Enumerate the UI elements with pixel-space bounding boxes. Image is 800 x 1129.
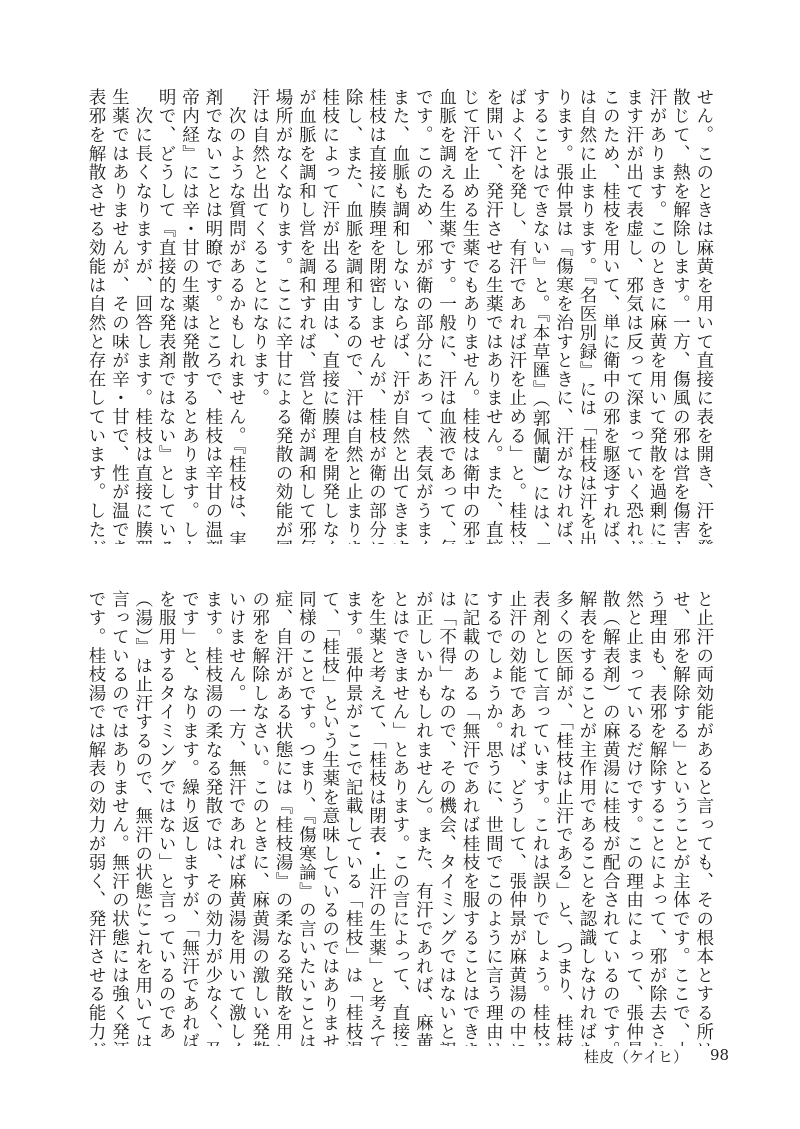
text-column: に記載のある「無汗であれば桂枝を服することはできません（原文 xyxy=(460,590,480,1046)
text-column: ばよく汗を発し、有汗であれば汗を止める」と。桂枝は直接に腠理 xyxy=(507,88,527,544)
lower-text-block: と止汗の両効能があると言っても、その根本とする所は「汗を出さ せ、邪を解除する」… xyxy=(86,590,714,1046)
text-column: このため、桂枝を用いて、単に衛中の邪を駆逐すれば、解熱して汗 xyxy=(600,88,620,544)
text-column: 言っているのではありません。無汗の状態には強く発汗させたいの xyxy=(109,590,129,1046)
text-column: 症、自汗がある状態には『桂枝湯』の柔なる発散を用いて、軽くそ xyxy=(273,590,293,1046)
text-column: 表剤として言っています。これは誤りでしょう。桂枝が直接に閉表・ xyxy=(530,590,550,1046)
text-column: 生薬ではありませんが、その味が辛・甘で、性が温であることから、 xyxy=(109,88,129,544)
text-column: ます。張仲景がここで記載している「桂枝」は「桂枝湯」のことであっ xyxy=(343,590,363,1046)
text-column: 除し、また、血脈を調和するので、汗は自然と止まります。一方、 xyxy=(343,88,363,544)
text-column: 汗は自然と出てくることになります。 xyxy=(250,88,270,544)
page-footer: 桂皮（ケイヒ） 98 xyxy=(584,1046,729,1067)
text-column: 同様のことです。つまり、『傷寒論』の言いたいことは『傷寒で表 xyxy=(296,590,316,1046)
text-column: 表邪を解散させる効能は自然と存在しています。したがって、発汗 xyxy=(86,88,106,544)
text-column: ます汗が出て表虚し、邪気は反って深まっていく恐れがあります。 xyxy=(624,88,644,544)
text-column: 汗があります。このときに麻黄を用いて発散を過剰にすると、ます xyxy=(647,88,667,544)
text-column: せん。このときは麻黄を用いて直接に表を開き、汗を発して、邪を xyxy=(694,88,714,544)
text-column: の邪を解除しなさい。このときに、麻黄湯の激しい発散を用いては xyxy=(250,590,270,1046)
text-column: いけません。一方、無汗であれば麻黄湯を用いて激しく発散をさせ xyxy=(226,590,246,1046)
text-column: することはできない』と。『本草匯』（郭佩蘭）には、「無汗であれ xyxy=(530,88,550,544)
text-column: 血脈を調える生薬です。一般に、汗は血液であって、気に従うもの xyxy=(437,88,457,544)
text-column: 次に長くなりますが、回答します。桂枝は直接に腠理を開発する xyxy=(133,88,153,544)
text-column: 散（解表剤）の麻黄湯に桂枝が配合されているのです。この桂枝は xyxy=(600,590,620,1046)
text-column: う理由も、表邪を解除することによって、邪が除去されて、汗が自 xyxy=(647,590,667,1046)
text-column: 桂枝によって汗が出る理由は、直接に腠理を開発しなくとも、桂枝 xyxy=(320,88,340,544)
text-column: です」と、なります。繰り返しますが、「無汗であれば、『桂枝（湯）』 xyxy=(180,590,200,1046)
text-column: せ、邪を解除する」ということが主体です。ここで、止汗するとい xyxy=(670,590,690,1046)
text-column: を開いて、発汗させる生薬ではありません。また、直接に腠理を閉 xyxy=(483,88,503,544)
text-column: 多くの医師が、「桂枝は止汗である」と、つまり、桂枝の効能を閉 xyxy=(554,590,574,1046)
text-column: するでしょうか。思うに、世間でこのように言う理由は、『傷寒論』 xyxy=(483,590,503,1046)
text-column: ります。張仲景は『傷寒を治すときに、汗がなければ、桂枝を内服 xyxy=(554,88,574,544)
text-column: とはできません」とあります。この言によって、直接に「桂枝・麻黄」 xyxy=(390,590,410,1046)
text-column: を服用するタイミングではない」と言っているのであって、「『桂枝 xyxy=(156,590,176,1046)
text-column: です。このため、邪が衛の部分にあって、表気がうまく調和せず、 xyxy=(413,88,433,544)
text-column: が血脈を調和し営を調和すれば、営と衛が調和して邪気を容認する xyxy=(296,88,316,544)
upper-text-block: せん。このときは麻黄を用いて直接に表を開き、汗を発して、邪を 散じて、熱を解除し… xyxy=(86,88,714,544)
text-column: 解表をすることが主作用であることを認識しなければなりません。 xyxy=(577,590,597,1046)
text-column: 剤でないことは明瞭です。ところで、桂枝は辛甘の温剤です。『黄 xyxy=(203,88,223,544)
text-column: を生薬と考えて、「桂枝は閉表・止汗の生薬」と考えてしまってい xyxy=(367,590,387,1046)
running-section-title: 桂皮（ケイヒ） xyxy=(584,1046,688,1067)
text-column: 然と止まっているだけです。この理由によって、張仲景の発表・解 xyxy=(624,590,644,1046)
page-number: 98 xyxy=(710,1046,729,1067)
text-column: て、「桂枝」という生薬を意味しているのではありません。麻黄も xyxy=(320,590,340,1046)
text-column: と止汗の両効能があると言っても、その根本とする所は「汗を出さ xyxy=(694,590,714,1046)
text-column: また、血脈も調和しないならば、汗が自然と出てきます。このとき、 xyxy=(390,88,410,544)
text-column: 止汗の効能であれば、どうして、張仲景が麻黄湯の中に用いて配合 xyxy=(507,590,527,1046)
text-column: です。桂枝湯では解表の効力が弱く、発汗させる能力が不足である xyxy=(86,590,106,1046)
text-column: 散じて、熱を解除します。一方、傷風の邪は営を傷害して熱を発し、 xyxy=(670,88,690,544)
text-column: じて汗を止める生薬でもありません。桂枝は衛中の邪を駆逐して、 xyxy=(460,88,480,544)
text-column: ます。桂枝湯の柔なる発散では、その効力が少なく、及ばないから xyxy=(203,590,223,1046)
text-column: 帝内経』には辛・甘の生薬は発散するとあります。しかし、先の説 xyxy=(180,88,200,544)
text-column: は自然に止まります。『名医別録』には「桂枝は汗を出さす」とあ xyxy=(577,88,597,544)
text-column: 場所がなくなります。ここに辛甘による発散の効能が同時に生じて、 xyxy=(273,88,293,544)
text-column: 桂枝は直接に腠理を閉密しませんが、桂枝が衛の部分にいる邪を解 xyxy=(367,88,387,544)
text-column: 明で、どうして『直接的な発表剤ではない』としているのですか？」 xyxy=(156,88,176,544)
text-column: （湯）』は止汗するので、無汗の状態にこれを用いてはならない」と xyxy=(133,590,153,1046)
text-column: が正しいかもしれません）。また、有汗であれば、麻黄を服するこ xyxy=(413,590,433,1046)
text-column: 次のような質問があるかもしれません。『桂枝は、実際には閉表 xyxy=(226,88,246,544)
text-column: は「不得」なので、その機会、タイミングではないと訳出したほう xyxy=(437,590,457,1046)
